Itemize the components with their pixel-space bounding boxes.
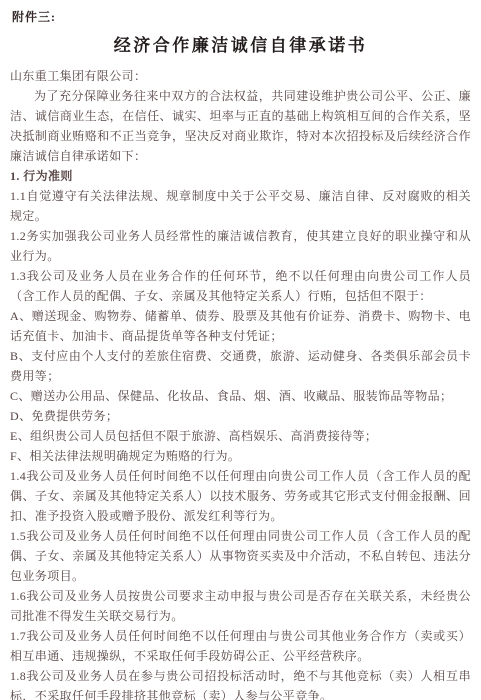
clause-1-7: 1.7我公司及业务人员任何时间绝不以任何理由与贵公司其他业务合作方（卖或买）相互… — [10, 626, 471, 666]
document-body: 山东重工集团有限公司： 为了充分保障业务往来中双方的合法权益，共同建设维护贵公司… — [10, 66, 471, 700]
clause-item-b: B、支付应由个人支付的差旅住宿费、交通费，旅游、运动健身、各类俱乐部会员卡费用等… — [10, 346, 471, 386]
clause-1-5: 1.5我公司及业务人员任何时间绝不以任何理由同贵公司工作人员（含工作人员的配偶、… — [10, 526, 471, 586]
clause-1-4: 1.4我公司及业务人员任何时间绝不以任何理由向贵公司工作人员（含工作人员的配偶、… — [10, 466, 471, 526]
clause-item-f: F、相关法律法规明确规定为贿赂的行为。 — [10, 446, 471, 466]
clause-1-2: 1.2务实加强我公司业务人员经常性的廉洁诚信教育，使其建立良好的职业操守和从业行… — [10, 226, 471, 266]
clause-item-d: D、免费提供劳务； — [10, 406, 471, 426]
salutation: 山东重工集团有限公司： — [10, 66, 471, 86]
document-title: 经济合作廉洁诚信自律承诺书 — [10, 31, 471, 56]
document-page: 附件三: 经济合作廉洁诚信自律承诺书 山东重工集团有限公司： 为了充分保障业务往… — [0, 0, 481, 700]
clause-1-1: 1.1自觉遵守有关法律法规、规章制度中关于公平交易、廉洁自律、反对腐败的相关规定… — [10, 186, 471, 226]
clause-1-6: 1.6我公司及业务人员按贵公司要求主动申报与贵公司是否存在关联关系，未经贵公司批… — [10, 586, 471, 626]
clause-item-c: C、赠送办公用品、保健品、化妆品、食品、烟、酒、收藏品、服装饰品等物品； — [10, 386, 471, 406]
clause-item-e: E、组织贵公司人员包括但不限于旅游、高档娱乐、高消费接待等； — [10, 426, 471, 446]
intro-paragraph: 为了充分保障业务往来中双方的合法权益，共同建设维护贵公司公平、公正、廉洁、诚信商… — [10, 86, 471, 166]
clause-1-3: 1.3我公司及业务人员在业务合作的任何环节，绝不以任何理由向贵公司工作人员（含工… — [10, 266, 471, 306]
attachment-label: 附件三: — [12, 8, 471, 25]
clause-1-8: 1.8我公司及业务人员在参与贵公司招投标活动时，绝不与其他竞标（卖）人相互串标，… — [10, 666, 471, 700]
clause-item-a: A、赠送现金、购物券、储蓄单、债券、股票及其他有价证券、消费卡、购物卡、电话充值… — [10, 306, 471, 346]
section-heading: 1. 行为准则 — [10, 166, 471, 186]
